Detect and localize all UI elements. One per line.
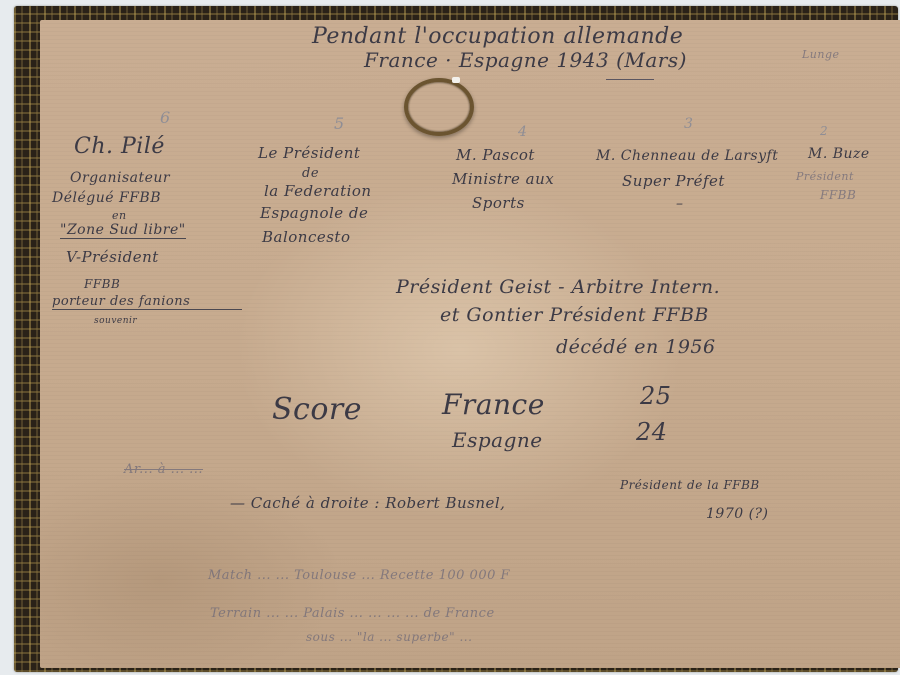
caption-3-line: – <box>676 196 684 212</box>
caption-2-line: M. Buze <box>808 146 870 162</box>
note-line-1: Président Geist - Arbitre Intern. <box>396 276 720 298</box>
hidden-person-year: 1970 (?) <box>706 506 769 522</box>
caption-4-line: Sports <box>472 194 525 212</box>
hidden-person-note: — Caché à droite : Robert Busnel, <box>230 494 505 512</box>
score-points-france: 25 <box>640 382 672 410</box>
note-line-3: décédé en 1956 <box>556 336 716 358</box>
hidden-person-title: Président de la FFBB <box>620 478 760 492</box>
caption-5-line: Le Président <box>258 144 360 162</box>
caption-6-line: "Zone Sud libre" <box>60 222 186 239</box>
caption-4-line: M. Pascot <box>456 146 535 164</box>
caption-6-line: porteur des fanions <box>52 294 242 310</box>
bottom-note-line-2: Terrain ... ... Palais ... ... ... ... d… <box>210 606 495 621</box>
heading-underline <box>606 79 654 80</box>
caption-number-3: 3 <box>684 116 693 132</box>
caption-6-name: Ch. Pilé <box>74 134 165 159</box>
caption-5-line: la Federation <box>264 182 372 200</box>
caption-2-line: FFBB <box>820 188 856 202</box>
caption-number-6: 6 <box>160 108 171 127</box>
heading-line-1: Pendant l'occupation allemande <box>312 24 683 49</box>
caption-6-line: Délégué FFBB <box>52 190 161 206</box>
score-team-france: France <box>442 388 545 421</box>
caption-4-line: Ministre aux <box>452 170 554 188</box>
heading-line-2: France · Espagne 1943 (Mars) <box>364 48 687 72</box>
heading-margin-note: Lunge <box>802 48 840 61</box>
caption-number-2: 2 <box>820 124 828 138</box>
caption-number-5: 5 <box>334 114 345 133</box>
hanging-ring-icon <box>404 78 474 136</box>
caption-6-line: V-Président <box>66 248 159 266</box>
caption-5-line: de <box>302 166 319 181</box>
score-label: Score <box>272 392 362 427</box>
caption-6-line: FFBB <box>84 277 120 291</box>
caption-6-line: souvenir <box>94 316 137 326</box>
score-team-espagne: Espagne <box>452 428 543 452</box>
caption-5-line: Baloncesto <box>262 228 351 246</box>
struck-note: Ar... à ... ... <box>124 462 203 477</box>
bottom-note-line-1: Match ... ... Toulouse ... Recette 100 0… <box>208 568 510 583</box>
caption-5-line: Espagnole de <box>260 204 368 222</box>
bottom-note-line-3: sous ... "la ... superbe" ... <box>306 630 472 644</box>
caption-2-line: Président <box>796 170 854 183</box>
caption-3-line: Super Préfet <box>622 172 725 190</box>
score-points-espagne: 24 <box>636 418 668 446</box>
note-line-2: et Gontier Président FFBB <box>440 304 709 326</box>
caption-6-line: en <box>112 209 127 222</box>
caption-3-line: M. Chenneau de Larsyft <box>596 148 778 164</box>
caption-number-4: 4 <box>518 124 527 140</box>
caption-6-line: Organisateur <box>70 170 170 186</box>
